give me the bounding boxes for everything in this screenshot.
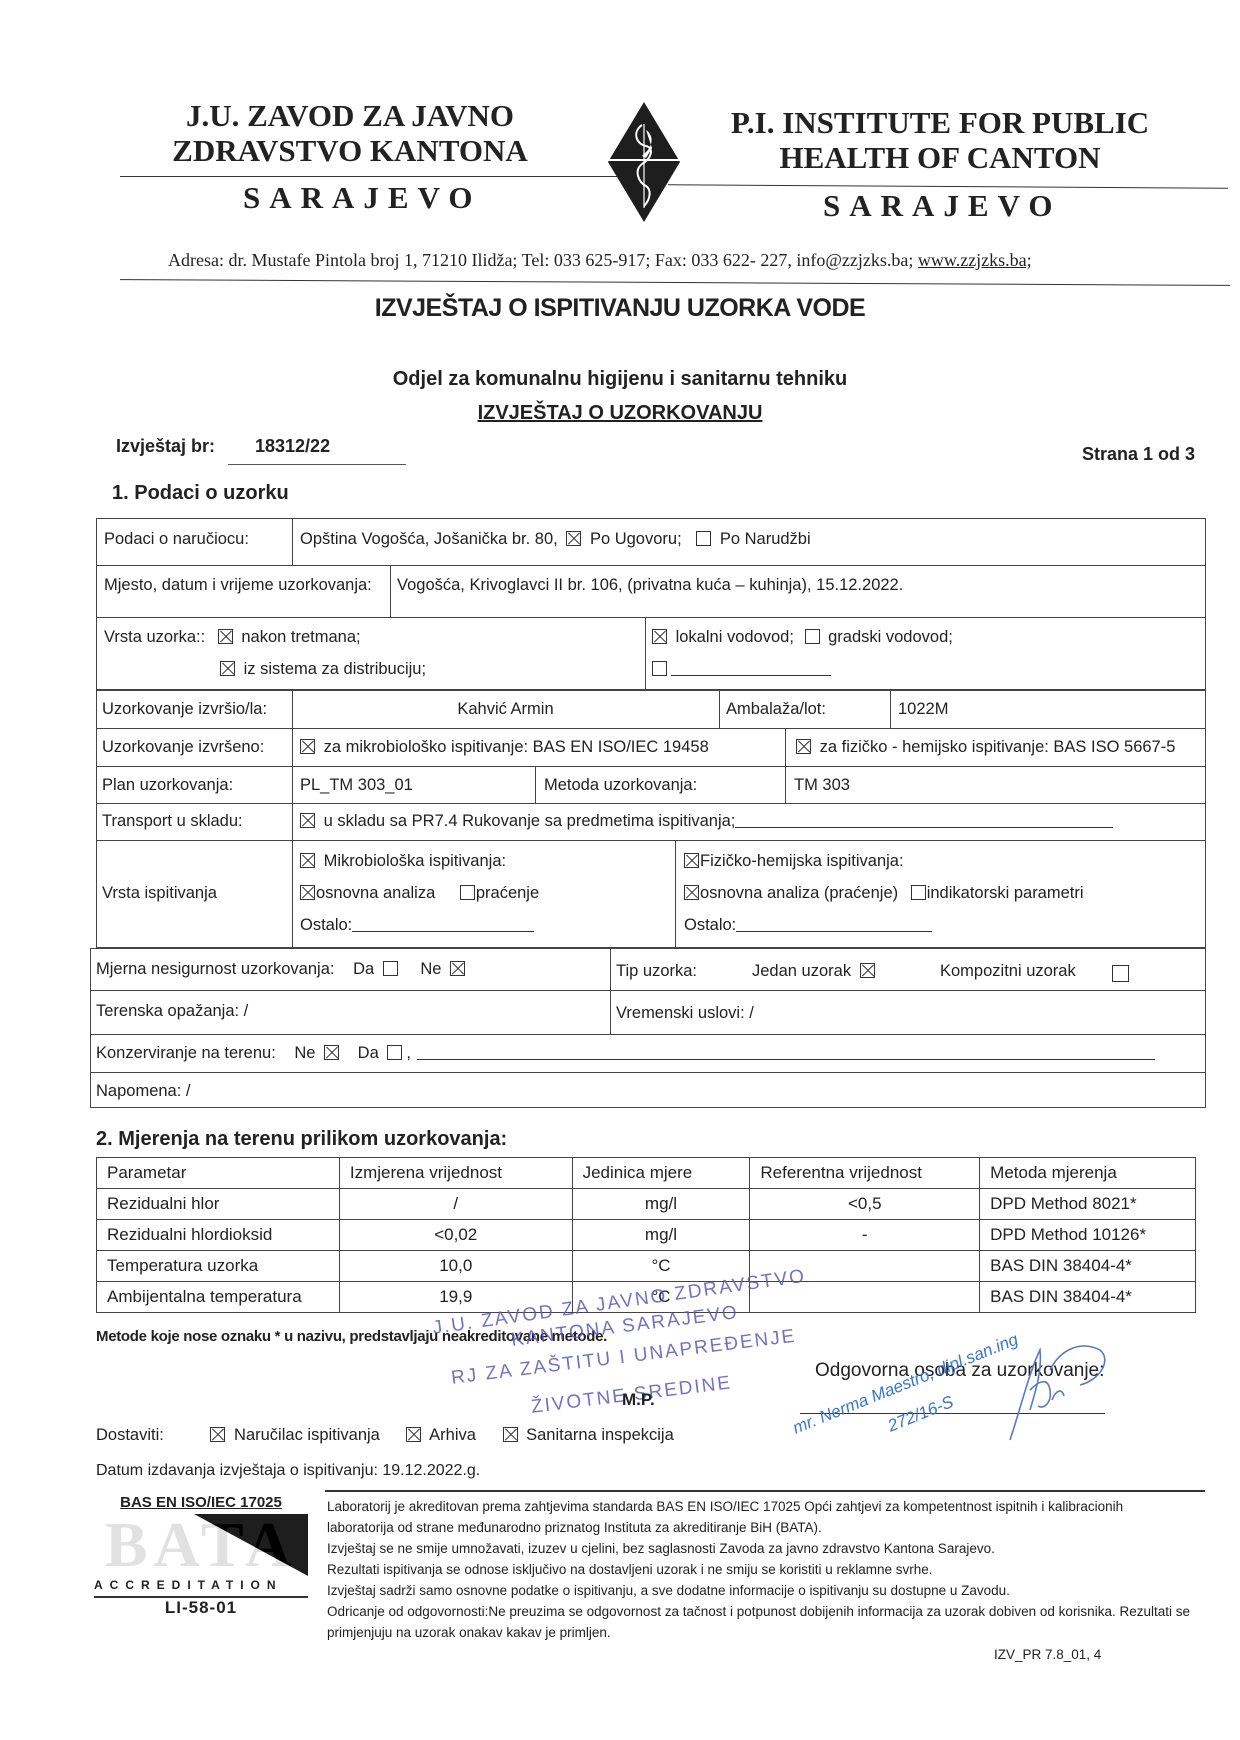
gradski-vodovod-label: gradski vodovod; (828, 628, 953, 646)
composite-sample-label: Kompozitni uzorak (940, 962, 1076, 981)
sampler-label: Uzorkovanje izvršio/la: (102, 700, 267, 719)
table-header-row: ParametarIzmjerena vrijednostJedinica mj… (97, 1158, 1196, 1189)
table-cell: Rezidualni hlordioksid (97, 1220, 340, 1251)
conservation-blank[interactable] (417, 1059, 1155, 1060)
section1-heading: 1. Podaci o uzorku (112, 482, 289, 505)
note: Napomena: / (96, 1082, 190, 1101)
uncertainty-da-checkbox[interactable] (383, 961, 398, 976)
bata-logo-mark: BATA (94, 1514, 308, 1576)
other-supply-checkbox[interactable] (652, 661, 667, 676)
micro-basic-label: osnovna analiza (316, 884, 435, 902)
footer-line: Odricanje od odgovornosti:Ne preuzima se… (327, 1601, 1207, 1622)
deliver-client-checkbox[interactable] (210, 1427, 225, 1442)
method-value: TM 303 (794, 776, 850, 795)
plan-value: PL_TM 303_01 (300, 776, 413, 795)
table-cell: 10,0 (339, 1251, 572, 1282)
accreditation-standard: BAS EN ISO/IEC 17025 (94, 1494, 308, 1511)
sampler-value: Kahvić Armin (292, 700, 719, 719)
uncertainty-row: Mjerna nesigurnost uzorkovanja: Da Ne (96, 960, 469, 979)
table-cell: <0,5 (750, 1189, 980, 1220)
field-observations: Terenska opažanja: / (96, 1002, 248, 1021)
institute-name-en: P.I. INSTITUTE FOR PUBLIC HEALTH OF CANT… (700, 105, 1180, 175)
composite-sample-checkbox[interactable] (1112, 965, 1129, 982)
performed-label: Uzorkovanje izvršeno: (102, 738, 264, 757)
water-supply-row: lokalni vodovod; gradski vodovod; (648, 628, 953, 647)
weather-conditions: Vremenski uslovi: / (616, 1004, 754, 1023)
bata-accreditation-logo: BAS EN ISO/IEC 17025 BATA ACCREDITATION … (94, 1494, 308, 1618)
table-cell: mg/l (572, 1220, 750, 1251)
phys-indicator-label: indikatorski parametri (927, 884, 1084, 902)
phys-other-blank[interactable] (736, 931, 932, 932)
table-cell: Rezidualni hlor (97, 1189, 340, 1220)
institute-name-en-line2: HEALTH OF CANTON (700, 140, 1180, 175)
conservation-ne-checkbox[interactable] (324, 1045, 339, 1060)
institute-name-en-line1: P.I. INSTITUTE FOR PUBLIC (700, 105, 1180, 140)
table-cell: BAS DIN 38404-4* (980, 1282, 1196, 1313)
issue-date: Datum izdavanja izvještaja o ispitivanju… (96, 1462, 480, 1480)
gradski-vodovod-checkbox[interactable] (805, 629, 820, 644)
accreditation-code: LI-58-01 (94, 1598, 308, 1618)
micro-tests-checkbox[interactable] (300, 853, 315, 868)
department-name: Odjel za komunalnu higijenu i sanitarnu … (0, 368, 1240, 391)
institute-city-en: SARAJEVO (823, 188, 1061, 224)
plan-label: Plan uzorkovanja: (102, 776, 233, 795)
po-ugovoru-checkbox[interactable] (566, 531, 581, 546)
performed-phys-row: za fizičko - hemijsko ispitivanje: BAS I… (792, 738, 1175, 757)
footer-line: Izvještaj se ne smije umnožavati, izuzev… (327, 1538, 1207, 1559)
report-title: IZVJEŠTAJ O ISPITIVANJU UZORKA VODE (0, 294, 1240, 323)
phys-title-row: Fizičko-hemijska ispitivanja: (680, 852, 904, 871)
micro-monitoring-label: praćenje (476, 884, 539, 902)
micro-other-blank[interactable] (352, 931, 534, 932)
client-row: Opština Vogošća, Jošanička br. 80, Po Ug… (300, 530, 811, 549)
lot-label: Ambalaža/lot: (726, 700, 826, 719)
table-cell: <0,02 (339, 1220, 572, 1251)
table-cell: / (339, 1189, 572, 1220)
transport-row: u skladu sa PR7.4 Rukovanje sa predmetim… (296, 812, 1113, 831)
footer-line: Izvještaj sadrži samo osnovne podatke o … (327, 1580, 1207, 1601)
phys-other-label: Ostalo: (684, 916, 736, 934)
column-header: Metoda mjerenja (980, 1158, 1196, 1189)
micro-options-row: osnovna analiza praćenje (296, 884, 539, 903)
mp-label: M.P. (622, 1390, 655, 1410)
accreditation-word: ACCREDITATION (94, 1578, 308, 1592)
po-narudzbi-label: Po Narudžbi (720, 530, 811, 548)
micro-title-row: Mikrobiološka ispitivanja: (296, 852, 506, 871)
transport-blank[interactable] (735, 827, 1113, 828)
phys-basic-label: osnovna analiza (praćenje) (700, 884, 898, 902)
deliver-inspection-checkbox[interactable] (503, 1427, 518, 1442)
micro-other-label: Ostalo: (300, 916, 352, 934)
page-indicator: Strana 1 od 3 (1082, 444, 1195, 465)
table-row: Temperatura uzorka10,0°CBAS DIN 38404-4* (97, 1251, 1196, 1282)
address-text: Adresa: dr. Mustafe Pintola broj 1, 7121… (168, 250, 918, 270)
single-sample-checkbox[interactable] (860, 963, 875, 978)
phys-options-row: osnovna analiza (praćenje) indikatorski … (680, 884, 1084, 903)
iz-sistema-label: iz sistema za distribuciju; (244, 660, 426, 678)
iz-sistema-checkbox[interactable] (220, 661, 235, 676)
phys-other-row: Ostalo: (684, 916, 932, 935)
handwritten-signature-icon (1000, 1330, 1120, 1455)
table-cell: mg/l (572, 1189, 750, 1220)
conservation-row: Konzerviranje na terenu: Ne Da , (96, 1044, 1155, 1063)
distribution-row: iz sistema za distribuciju; (216, 660, 426, 679)
uncertainty-label: Mjerna nesigurnost uzorkovanja: (96, 960, 334, 978)
table-row: Rezidualni hlordioksid<0,02mg/l-DPD Meth… (97, 1220, 1196, 1251)
table-cell: DPD Method 10126* (980, 1220, 1196, 1251)
conservation-da-label: Da (358, 1044, 379, 1062)
lokalni-vodovod-label: lokalni vodovod; (676, 628, 794, 646)
single-sample-row: Jedan uzorak (752, 962, 879, 981)
method-label: Metoda uzorkovanja: (544, 776, 697, 795)
footer-line: Laboratorij je akreditovan prema zahtjev… (327, 1496, 1207, 1517)
footer-disclaimer: Laboratorij je akreditovan prema zahtjev… (327, 1496, 1207, 1643)
phys-sampling-label: za fizičko - hemijsko ispitivanje: BAS I… (820, 738, 1176, 756)
lokalni-vodovod-checkbox[interactable] (652, 629, 667, 644)
website-link[interactable]: www.zzjzks.ba; (918, 250, 1032, 270)
transport-option-label: u skladu sa PR7.4 Rukovanje sa predmetim… (324, 812, 736, 830)
conservation-da-checkbox[interactable] (387, 1045, 402, 1060)
form-code: IZV_PR 7.8_01, 4 (994, 1644, 1101, 1665)
footer-line: laboratorija od strane međunarodno prizn… (327, 1517, 1207, 1538)
report-number-label: Izvještaj br: (116, 436, 215, 457)
other-supply-row (648, 660, 831, 679)
micro-basic-checkbox[interactable] (300, 885, 315, 900)
footer-line: Rezultati ispitivanja se odnose isključi… (327, 1559, 1207, 1580)
deliver-row: Dostaviti: Naručilac ispitivanja Arhiva … (96, 1426, 674, 1445)
institute-name-bs: J.U. ZAVOD ZA JAVNO ZDRAVSTVO KANTONA (140, 98, 560, 168)
uncertainty-ne-label: Ne (420, 960, 441, 978)
test-type-label: Vrsta ispitivanja (102, 884, 217, 903)
po-narudzbi-checkbox[interactable] (696, 531, 711, 546)
table-cell: Ambijentalna temperatura (97, 1282, 340, 1313)
deliver-inspection-label: Sanitarna inspekcija (526, 1426, 674, 1444)
phys-tests-checkbox[interactable] (684, 853, 699, 868)
place-value: Vogošća, Krivoglavci II br. 106, (privat… (397, 576, 903, 595)
micro-tests-label: Mikrobiološka ispitivanja: (324, 852, 507, 870)
nakon-tretmana-label: nakon tretmana; (241, 628, 360, 646)
deliver-client-label: Naručilac ispitivanja (234, 1426, 380, 1444)
micro-sampling-checkbox[interactable] (300, 739, 315, 754)
table-cell: DPD Method 8021* (980, 1189, 1196, 1220)
client-label: Podaci o naručiocu: (104, 530, 249, 549)
column-header: Parametar (97, 1158, 340, 1189)
table-cell: - (750, 1220, 980, 1251)
sample-type-label-text: Vrsta uzorka:: (104, 628, 205, 646)
column-header: Referentna vrijednost (750, 1158, 980, 1189)
sample-kind-label: Tip uzorka: (616, 962, 697, 981)
institute-address: Adresa: dr. Mustafe Pintola broj 1, 7121… (168, 250, 1032, 271)
nakon-tretmana-checkbox[interactable] (218, 629, 233, 644)
performed-micro-row: za mikrobiološko ispitivanje: BAS EN ISO… (296, 738, 709, 757)
transport-label: Transport u skladu: (102, 812, 243, 831)
report-subtitle: IZVJEŠTAJ O UZORKOVANJU (0, 402, 1240, 425)
po-ugovoru-label: Po Ugovoru; (590, 530, 682, 548)
single-sample-label: Jedan uzorak (752, 962, 851, 980)
deliver-archive-checkbox[interactable] (406, 1427, 421, 1442)
institute-name-bs-line1: J.U. ZAVOD ZA JAVNO (140, 98, 560, 133)
table-cell: BAS DIN 38404-4* (980, 1251, 1196, 1282)
column-header: Izmjerena vrijednost (339, 1158, 572, 1189)
bata-logo-text: BATA (94, 1514, 308, 1576)
table-cell: Temperatura uzorka (97, 1251, 340, 1282)
report-number-value: 18312/22 (255, 436, 330, 457)
other-supply-blank[interactable] (671, 675, 831, 676)
micro-monitoring-checkbox[interactable] (460, 885, 475, 900)
institute-name-bs-line2: ZDRAVSTVO KANTONA (140, 133, 560, 168)
phys-basic-checkbox[interactable] (684, 885, 699, 900)
diamond-caduceus-logo-icon (606, 100, 682, 229)
place-label: Mjesto, datum i vrijeme uzorkovanja: (104, 576, 372, 595)
column-header: Jedinica mjere (572, 1158, 750, 1189)
transport-checkbox[interactable] (300, 813, 315, 828)
lot-value: 1022M (898, 700, 948, 719)
uncertainty-ne-checkbox[interactable] (450, 961, 465, 976)
phys-tests-label: Fizičko-hemijska ispitivanja: (700, 852, 904, 870)
deliver-archive-label: Arhiva (429, 1426, 476, 1444)
micro-other-row: Ostalo: (300, 916, 534, 935)
footer-line: primjenjuju na uzorak onakav kakav je pr… (327, 1622, 1207, 1643)
conservation-label: Konzerviranje na terenu: (96, 1044, 276, 1062)
sample-type-label: Vrsta uzorka:: nakon tretmana; (104, 628, 361, 647)
phys-indicator-checkbox[interactable] (911, 885, 926, 900)
phys-sampling-checkbox[interactable] (796, 739, 811, 754)
micro-sampling-label: za mikrobiološko ispitivanje: BAS EN ISO… (324, 738, 709, 756)
section2-heading: 2. Mjerenja na terenu prilikom uzorkovan… (96, 1128, 507, 1151)
uncertainty-da-label: Da (353, 960, 374, 978)
deliver-label: Dostaviti: (96, 1426, 164, 1444)
client-value: Opština Vogošća, Jošanička br. 80, (300, 530, 558, 548)
conservation-ne-label: Ne (294, 1044, 315, 1062)
institute-city-bs: SARAJEVO (243, 180, 481, 216)
table-row: Rezidualni hlor/mg/l<0,5DPD Method 8021* (97, 1189, 1196, 1220)
